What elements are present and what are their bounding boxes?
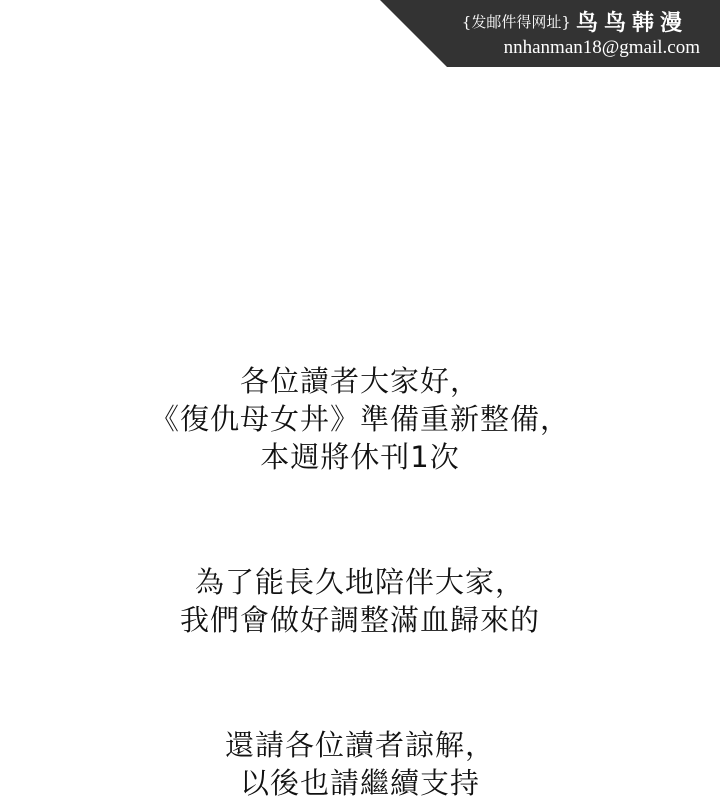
notice-line: 《復仇母女丼》準備重新整備， bbox=[0, 400, 720, 438]
notice-line: 以後也請繼續支持 bbox=[0, 764, 720, 800]
notice-block-closing: 還請各位讀者諒解， 以後也請繼續支持 bbox=[0, 726, 720, 800]
watermark-tag: {发邮件得网址} bbox=[462, 13, 571, 31]
watermark-title: {发邮件得网址} 鸟鸟韩漫 bbox=[462, 6, 688, 37]
notice-line: 還請各位讀者諒解， bbox=[0, 726, 720, 764]
watermark-brand: 鸟鸟韩漫 bbox=[576, 11, 688, 36]
watermark-banner: {发邮件得网址} 鸟鸟韩漫 nnhanman18@gmail.com bbox=[380, 0, 720, 67]
notice-line: 本週將休刊1次 bbox=[0, 438, 720, 476]
notice-line: 各位讀者大家好， bbox=[0, 362, 720, 400]
notice-line: 我們會做好調整滿血歸來的 bbox=[0, 601, 720, 639]
notice-block-greeting: 各位讀者大家好， 《復仇母女丼》準備重新整備， 本週將休刊1次 bbox=[0, 362, 720, 476]
watermark-email: nnhanman18@gmail.com bbox=[504, 37, 700, 59]
notice-line: 為了能長久地陪伴大家， bbox=[0, 563, 720, 601]
notice-block-promise: 為了能長久地陪伴大家， 我們會做好調整滿血歸來的 bbox=[0, 563, 720, 639]
